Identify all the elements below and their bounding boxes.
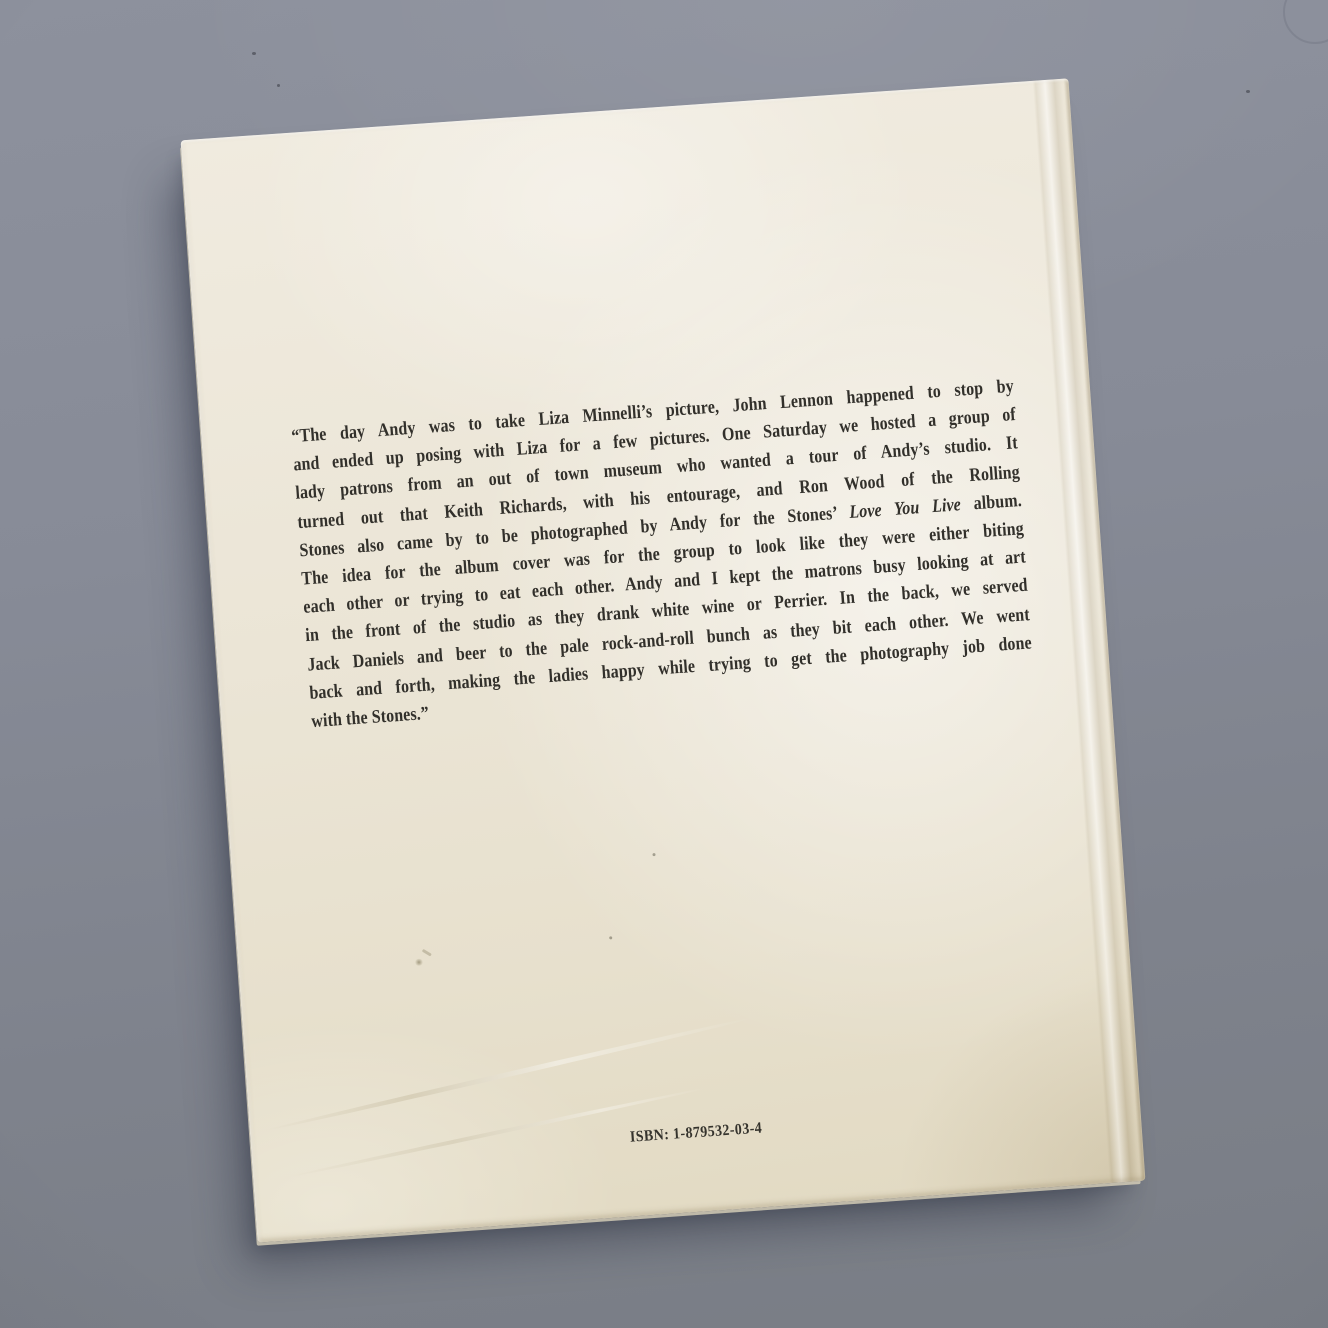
cover-scuff-mark [422,949,432,957]
blurb-text: “The day Andy was to take Liza Minnelli’… [291,373,1035,737]
background-speck [252,52,256,55]
background-speck [1246,90,1250,93]
album-title-italic: Love You Live [849,495,962,523]
book-back-cover: “The day Andy was to take Liza Minnelli’… [181,78,1146,1242]
cover-crease-streak [264,1016,752,1133]
photo-background: “The day Andy was to take Liza Minnelli’… [0,0,1328,1328]
blurb-line-segment: album. [960,490,1022,514]
cover-speck [609,936,612,939]
background-ring-mark [1283,0,1328,44]
background-speck [277,84,280,87]
isbn-text: ISBN: 1-879532-03-4 [252,1094,1141,1174]
cover-scuff-mark [414,958,423,966]
spine-crease [1032,78,1145,1183]
cover-speck [652,853,655,856]
